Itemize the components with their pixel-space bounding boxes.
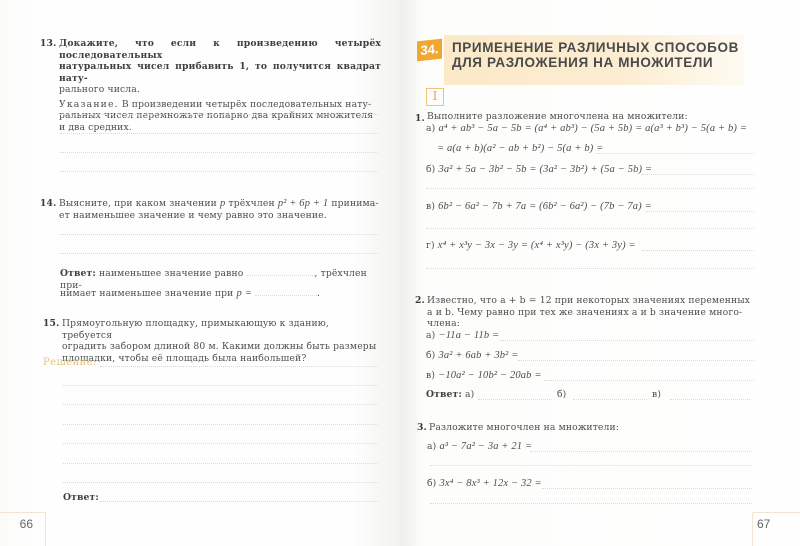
task-14-number: 14.: [40, 198, 56, 210]
task-13-line-1: Докажите, что если к произведению четырё…: [59, 38, 381, 61]
task-3-number: 3.: [417, 422, 427, 434]
task-14-text: Выясните, при каком значении: [59, 198, 220, 209]
task-1v: в) 6b² − 6a² − 7b + 7a = (6b² − 6a²) − (…: [426, 201, 652, 213]
answer-line[interactable]: [63, 404, 378, 405]
answer-line[interactable]: [430, 503, 752, 504]
item-label: а): [426, 123, 435, 134]
answer-line[interactable]: [63, 443, 378, 444]
item-label: б): [426, 164, 435, 175]
task-1-number: 1.: [415, 113, 425, 125]
answer-blank-v[interactable]: [670, 399, 750, 400]
answer-line[interactable]: [642, 250, 754, 251]
expression: 3a² + 5a − 3b² − 5b = (3a² − 3b²) + (5a …: [439, 164, 653, 175]
period: .: [317, 288, 320, 299]
section-number-badge: 34.: [417, 39, 442, 62]
item-label: а): [427, 441, 436, 452]
expression: 3x⁴ − 8x³ + 12x − 32 =: [440, 478, 542, 489]
difficulty-level-box: I: [426, 88, 444, 106]
answer-line[interactable]: [63, 385, 378, 386]
answer-label: Ответ:: [426, 389, 462, 400]
answer-blank-p[interactable]: [255, 288, 317, 296]
task-3-prompt: Разложите многочлен на множители:: [429, 422, 619, 434]
answer-part-label: б): [557, 389, 566, 401]
answer-line[interactable]: [530, 451, 752, 452]
answer-label: Ответ:: [63, 492, 99, 504]
answer-line[interactable]: [544, 380, 754, 381]
expression: −11a − 11b =: [438, 330, 499, 341]
answer-line[interactable]: [100, 501, 378, 502]
answer-blank-min-value[interactable]: [247, 268, 315, 276]
task-1g: г) x⁴ + x³y − 3x − 3y = (x⁴ + x³y) − (3x…: [426, 240, 636, 252]
answer-line[interactable]: [430, 465, 752, 466]
expression: a³ − 7a² − 3a + 21 =: [439, 441, 532, 452]
task-1a-cont: = a(a + b)(a² − ab + b²) − 5(a + b) =: [437, 143, 603, 155]
section-title: ПРИМЕНЕНИЕ РАЗЛИЧНЫХ СПОСОБОВ ДЛЯ РАЗЛОЖ…: [452, 40, 739, 70]
answer-line[interactable]: [426, 188, 754, 189]
task-13-number: 13.: [40, 38, 56, 50]
answer-line[interactable]: [63, 463, 378, 464]
section-title-line-2: ДЛЯ РАЗЛОЖЕНИЯ НА МНОЖИТЕЛИ: [452, 55, 739, 70]
task-number: 1.: [415, 113, 425, 124]
answer-part-label: в): [652, 389, 661, 401]
item-label: в): [426, 201, 435, 212]
expression: x⁴ + x³y − 3x − 3y = (x⁴ + x³y) − (3x + …: [438, 240, 636, 251]
answer-line[interactable]: [60, 253, 378, 254]
expression: 3a² + 6ab + 3b² =: [439, 350, 519, 361]
answer-line[interactable]: [63, 482, 378, 483]
task-13-line-3: рального числа.: [59, 84, 381, 96]
answer-line[interactable]: [426, 228, 754, 229]
task-14-text: принима-: [328, 198, 378, 209]
answer-part-label: а): [465, 389, 474, 400]
task-15-line-1: Прямоугольную площадку, примыкающую к зд…: [62, 318, 382, 341]
hint-label: Указание.: [59, 99, 119, 110]
hint-line-2: ральных чисел перемножьте попарно два кр…: [59, 110, 381, 122]
page-number: 66: [0, 512, 46, 546]
task-3a: а) a³ − 7a² − 3a + 21 =: [427, 441, 532, 453]
answer-text: наименьшее значение равно: [96, 268, 247, 279]
task-2-prompt: Известно, что a + b = 12 при некоторых з…: [427, 295, 753, 330]
task-2v: в) −10a² − 10b² − 20ab =: [426, 370, 542, 382]
task-15-number: 15.: [43, 318, 59, 330]
item-label: б): [426, 350, 435, 361]
answer-line[interactable]: [426, 268, 754, 269]
item-label: в): [426, 370, 435, 381]
task-15-line-2: оградить забором длиной 80 м. Какими дол…: [62, 341, 382, 353]
task-2-number: 2.: [415, 295, 425, 307]
answer-line[interactable]: [60, 234, 378, 235]
task-2b: б) 3a² + 6ab + 3b² =: [426, 350, 518, 362]
task-3b: б) 3x⁴ − 8x³ + 12x − 32 =: [427, 478, 542, 490]
answer-line[interactable]: [60, 133, 378, 134]
solution-label: Решение.: [43, 357, 97, 368]
answer-line[interactable]: [60, 114, 378, 115]
task-number: 2.: [415, 295, 425, 306]
hint-line-3: и два средних.: [59, 122, 381, 134]
answer-blank-a[interactable]: [478, 399, 552, 400]
answer-blank-b[interactable]: [573, 399, 647, 400]
answer-line[interactable]: [63, 424, 378, 425]
task-2-line-3: члена:: [427, 318, 753, 330]
var-p: p =: [237, 288, 252, 299]
answer-line[interactable]: [518, 360, 754, 361]
page-number: 67: [752, 512, 800, 546]
answer-line[interactable]: [100, 366, 378, 367]
answer-line[interactable]: [60, 152, 378, 153]
task-2-line-2: a и b. Чему равно при тех же значениях a…: [427, 307, 753, 319]
task-15-line-3: площадки, чтобы её площадь была наибольш…: [62, 353, 382, 365]
expression: −10a² − 10b² − 20ab =: [438, 370, 541, 381]
task-14-line-2: ет наименьшее значение и чему равно это …: [59, 210, 381, 222]
hint-line-1: В произведении четырёх последовательных …: [119, 99, 372, 110]
task-number: 3.: [417, 422, 427, 433]
answer-text: нимает наименьшее значение при: [60, 288, 237, 299]
answer-line[interactable]: [596, 153, 754, 154]
task-13-line-2: натуральных чисел прибавить 1, то получи…: [59, 61, 381, 84]
expression: a⁴ + ab³ − 5a − 5b = (a⁴ + ab³) − (5a + …: [438, 123, 747, 134]
task-2-answer: Ответ: а): [426, 389, 474, 401]
item-label: б): [427, 478, 436, 489]
task-14-answer-2: нимает наименьшее значение при p = .: [60, 288, 380, 300]
task-1-prompt: Выполните разложение многочлена на множи…: [427, 111, 688, 123]
answer-line[interactable]: [542, 488, 752, 489]
left-page: 13. Докажите, что если к произведению че…: [0, 0, 400, 546]
expression: 6b² − 6a² − 7b + 7a = (6b² − 6a²) − (7b …: [438, 201, 652, 212]
answer-line[interactable]: [60, 171, 378, 172]
answer-line[interactable]: [500, 340, 754, 341]
task-1b: б) 3a² + 5a − 3b² − 5b = (3a² − 3b²) + (…: [426, 164, 652, 176]
expression: = a(a + b)(a² − ab + b²) − 5(a + b) =: [437, 143, 603, 154]
task-1a: а) a⁴ + ab³ − 5a − 5b = (a⁴ + ab³) − (5a…: [426, 123, 747, 135]
task-2-line-1: Известно, что a + b = 12 при некоторых з…: [427, 295, 753, 307]
item-label: г): [426, 240, 435, 251]
answer-label: Ответ:: [60, 268, 96, 279]
task-14-text: трёхчлен: [225, 198, 277, 209]
answer-line[interactable]: [642, 174, 754, 175]
task-2a: а) −11a − 11b =: [426, 330, 499, 342]
section-title-line-1: ПРИМЕНЕНИЕ РАЗЛИЧНЫХ СПОСОБОВ: [452, 40, 739, 55]
trinomial: p² + 6p + 1: [278, 198, 328, 209]
answer-line[interactable]: [645, 211, 754, 212]
item-label: а): [426, 330, 435, 341]
